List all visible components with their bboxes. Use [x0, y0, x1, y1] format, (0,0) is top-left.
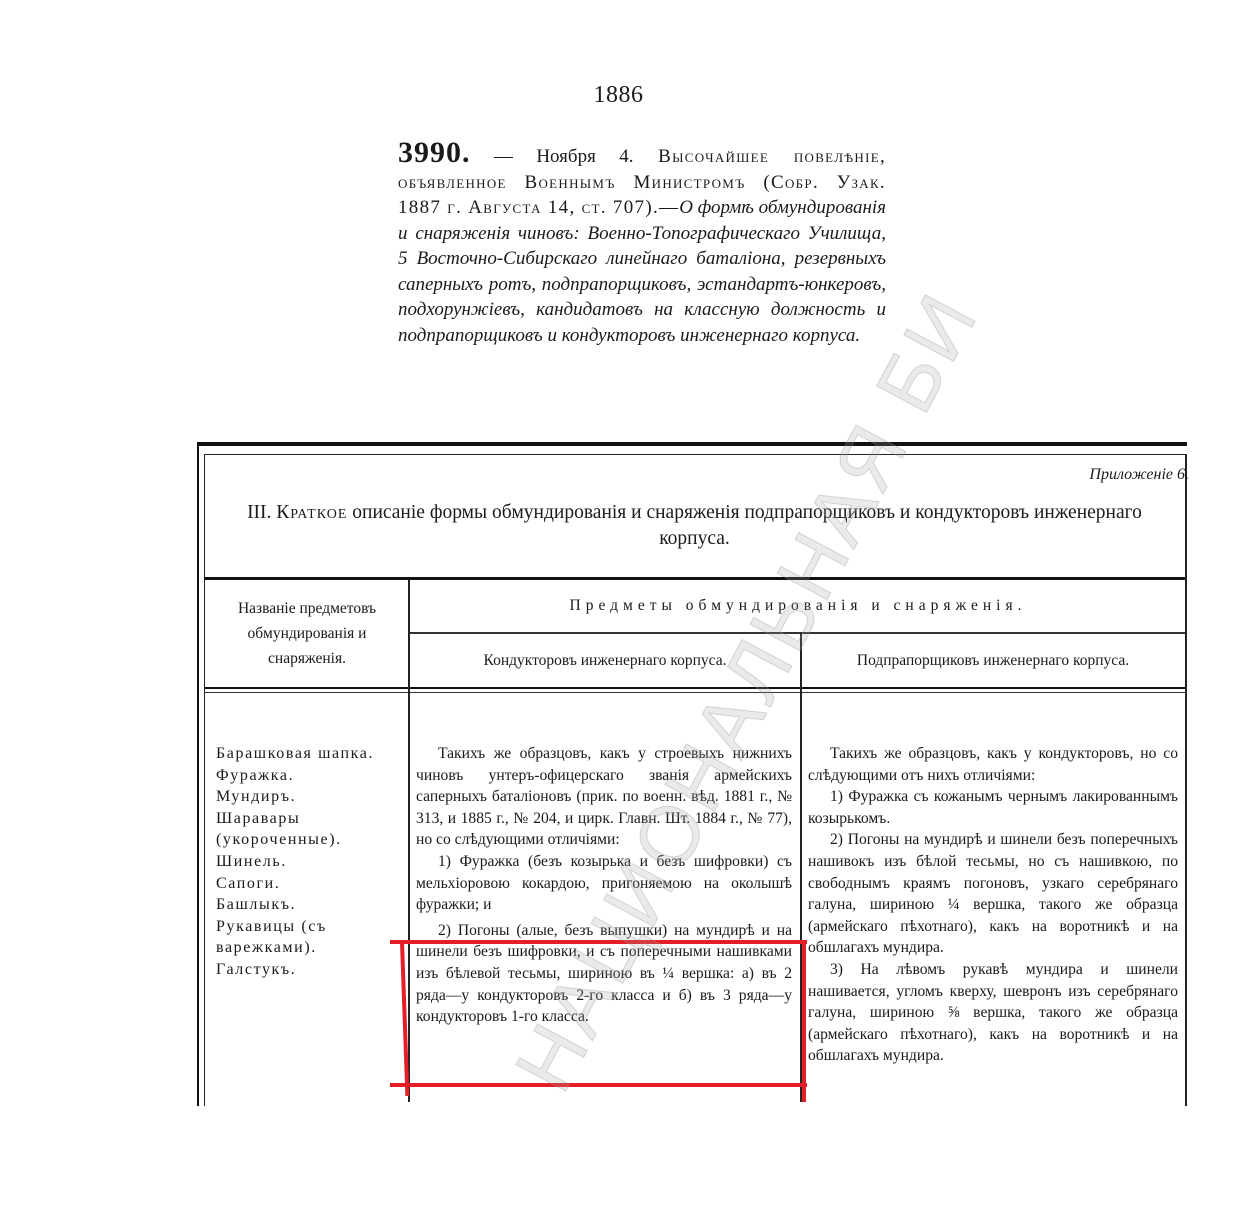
list-item: Шаравары (укороченные). [213, 808, 391, 851]
header-top-rule [204, 577, 1185, 580]
page-number: 1886 [0, 82, 1237, 109]
list-item: Галстукъ. [213, 959, 391, 981]
annotation-box-bottom [390, 1083, 807, 1087]
group-header-divider [410, 632, 1185, 634]
list-item: Мундиръ. [213, 786, 391, 808]
header-bottom-rule-1 [204, 687, 1185, 689]
conductors-column: Такихъ же образцовъ, какъ у строевыхъ ни… [416, 743, 792, 1028]
annotation-box-right [802, 940, 806, 1102]
header-group: Предметы обмундированія и снаряженія. [412, 594, 1184, 618]
header-conductors: Кондукторовъ инженернаго корпуса. [412, 649, 798, 673]
ensigns-paragraph: 2) Погоны на мундирѣ и шинели безъ попер… [808, 829, 1178, 959]
conductors-paragraph: Такихъ же образцовъ, какъ у строевыхъ ни… [416, 743, 792, 851]
table-title-lead: Краткое [276, 502, 347, 523]
table-title: III. Краткое описаніе формы обмундирован… [212, 500, 1177, 552]
ensigns-paragraph: 3) На лѣвомъ рукавѣ мундира и шинели наш… [808, 959, 1178, 1067]
list-item: Барашковая шапка. [213, 743, 391, 765]
table-title-numeral: III. [247, 502, 276, 523]
decree-subject: О формѣ обмундированія и снаряженія чино… [398, 197, 886, 346]
decree-number: 3990. [398, 136, 471, 169]
ensigns-paragraph: 1) Фуражка съ кожанымъ чернымъ лакирован… [808, 786, 1178, 829]
decree-dash: — [471, 146, 537, 167]
list-item: Фуражка. [213, 765, 391, 787]
decree-date: Ноября 4. [536, 146, 633, 167]
list-item: Рукавицы (съ варежками). [213, 916, 391, 959]
column-divider-items [408, 580, 410, 1102]
header-bottom-rule-2 [204, 692, 1185, 693]
annotation-box-top [390, 940, 807, 944]
ensigns-column: Такихъ же образцовъ, какъ у кондукторовъ… [808, 743, 1178, 1067]
list-item: Шинель. [213, 851, 391, 873]
list-item: Сапоги. [213, 873, 391, 895]
header-items-column: Названіе предметовъ обмундированія и сна… [212, 596, 402, 671]
ensigns-paragraph: Такихъ же образцовъ, какъ у кондукторовъ… [808, 743, 1178, 786]
list-item: Башлыкъ. [213, 894, 391, 916]
items-list: Барашковая шапка. Фуражка. Мундиръ. Шара… [213, 743, 391, 981]
conductors-paragraph: 1) Фуражка (безъ козырька и безъ шифровк… [416, 851, 792, 916]
table-title-rest: описаніе формы обмундированія и снаряжен… [347, 502, 1142, 549]
conductors-paragraph-highlighted: 2) Погоны (алые, безъ выпушки) на мундир… [416, 920, 792, 1028]
appendix-label: Приложеніе 6. [1089, 466, 1189, 484]
header-ensigns: Подпрапорщиковъ инженернаго корпуса. [802, 649, 1184, 673]
decree-heading: 3990. — Ноября 4. Высочайшее повелѣніе, … [398, 140, 886, 348]
